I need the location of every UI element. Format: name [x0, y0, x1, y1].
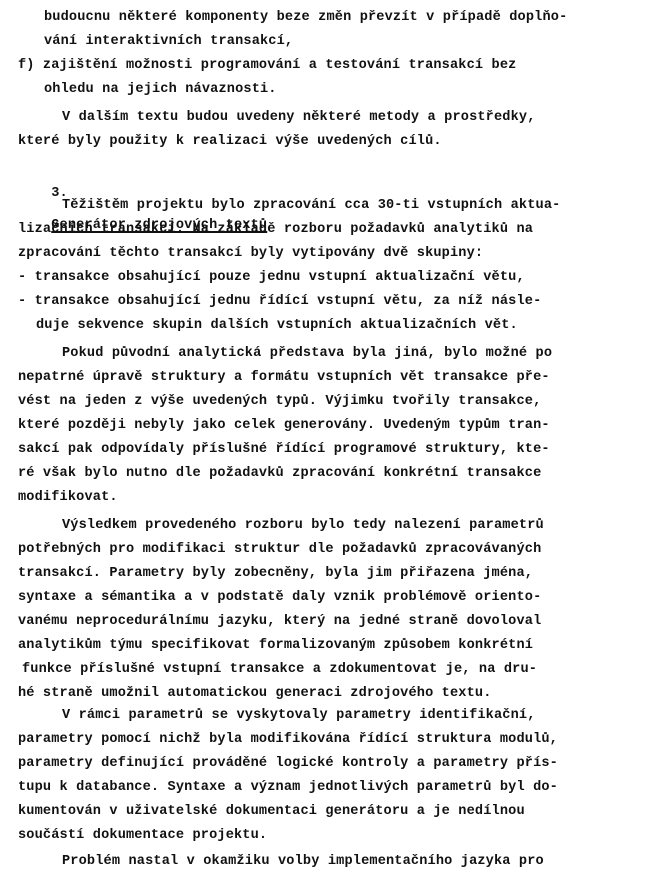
- text-line: kumentován v uživatelské dokumentaci gen…: [18, 804, 525, 820]
- text-line: modifikovat.: [18, 490, 118, 506]
- text-line: f) zajištění možnosti programování a tes…: [18, 58, 516, 74]
- text-line: ré však bylo nutno dle požadavků zpracov…: [18, 466, 541, 482]
- text-line: analytikům týmu specifikovat formalizova…: [18, 638, 533, 654]
- text-line: lizačních transakcí. Na základě rozboru …: [18, 222, 533, 238]
- text-line: ohledu na jejich návaznosti.: [44, 82, 277, 98]
- text-line: vání interaktivních transakcí,: [44, 34, 293, 50]
- text-line: nepatrné úpravě struktury a formátu vstu…: [18, 370, 550, 386]
- text-line: zpracování těchto transakcí byly vytipov…: [18, 246, 483, 262]
- text-line: - transakce obsahující jednu řídící vstu…: [18, 294, 541, 310]
- text-line: V dalším textu budou uvedeny některé met…: [62, 110, 536, 126]
- text-line: které byly použity k realizaci výše uved…: [18, 134, 442, 150]
- text-line: Těžištěm projektu bylo zpracování cca 30…: [62, 198, 560, 214]
- text-line: budoucnu některé komponenty beze změn př…: [44, 10, 567, 26]
- typewritten-page: budoucnu některé komponenty beze změn př…: [0, 0, 662, 881]
- text-line: Výsledkem provedeného rozboru bylo tedy …: [62, 518, 544, 534]
- text-line: součástí dokumentace projektu.: [18, 828, 267, 844]
- text-line: které později nebyly jako celek generová…: [18, 418, 550, 434]
- text-line: parametry pomocí nichž byla modifikována…: [18, 732, 558, 748]
- text-line: duje sekvence skupin dalších vstupních a…: [36, 318, 518, 334]
- text-line: Problém nastal v okamžiku volby implemen…: [62, 854, 544, 870]
- text-line: hé straně umožnil automatickou generaci …: [18, 686, 492, 702]
- text-line: transakcí. Parametry byly zobecněny, byl…: [18, 566, 533, 582]
- text-line: vést na jeden z výše uvedených typů. Výj…: [18, 394, 541, 410]
- text-line: vanému neprocedurálnímu jazyku, který na…: [18, 614, 541, 630]
- text-line: syntaxe a sémantika a v podstatě daly vz…: [18, 590, 541, 606]
- text-line: sakcí pak odpovídaly příslušné řídící pr…: [18, 442, 550, 458]
- text-line: potřebných pro modifikaci struktur dle p…: [18, 542, 541, 558]
- text-line: - transakce obsahující pouze jednu vstup…: [18, 270, 525, 286]
- text-line: funkce příslušné vstupní transakce a zdo…: [22, 662, 537, 678]
- text-line: V rámci parametrů se vyskytovaly paramet…: [62, 708, 536, 724]
- text-line: parametry definující prováděné logické k…: [18, 756, 558, 772]
- text-line: tupu k databance. Syntaxe a význam jedno…: [18, 780, 558, 796]
- text-line: Pokud původní analytická představa byla …: [62, 346, 552, 362]
